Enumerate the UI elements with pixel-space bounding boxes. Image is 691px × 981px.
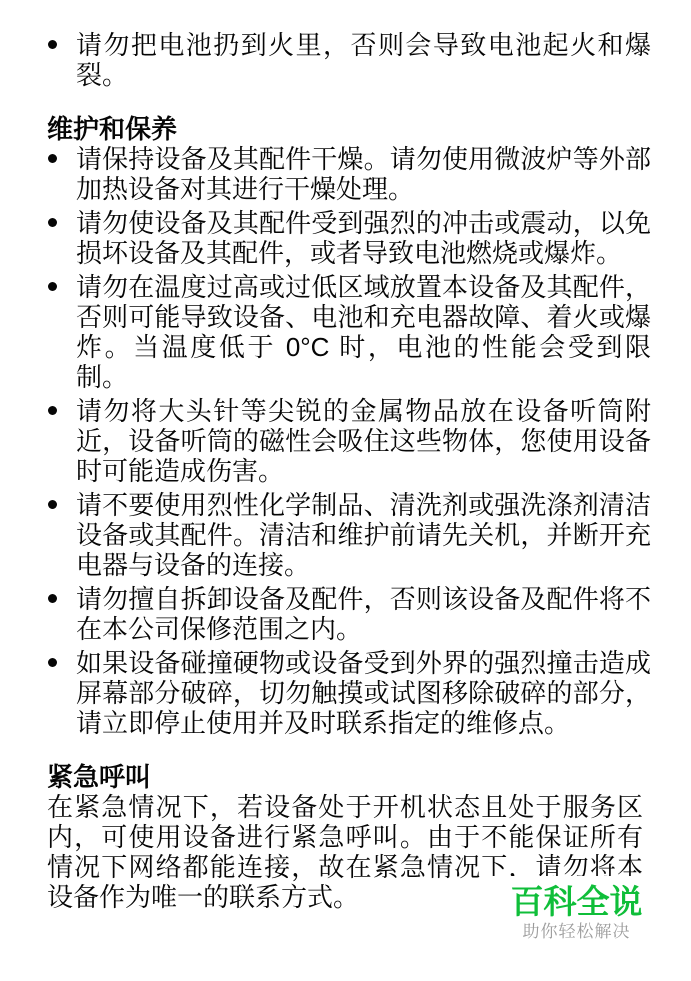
watermark-logo-text: 百科全说 bbox=[486, 884, 667, 920]
bullet-item: 请勿把电池扔到火里，否则会导致电池起火和爆裂。 bbox=[76, 30, 651, 90]
intro-list: 请勿把电池扔到火里，否则会导致电池起火和爆裂。 bbox=[47, 30, 651, 90]
watermark-tagline: 助你轻松解决 bbox=[486, 922, 667, 942]
bullet-item: 请不要使用烈性化学制品、清洗剂或强洗涤剂清洁设备或其配件。清洁和维护前请先关机，… bbox=[76, 490, 651, 580]
bullet-item: 请勿将大头针等尖锐的金属物品放在设备听筒附近，设备听筒的磁性会吸住这些物体，您使… bbox=[76, 396, 651, 486]
bullet-item: 请勿擅自拆卸设备及配件，否则该设备及配件将不在本公司保修范围之内。 bbox=[76, 584, 651, 644]
maintenance-list: 请保持设备及其配件干燥。请勿使用微波炉等外部加热设备对其进行干燥处理。 请勿使设… bbox=[47, 144, 651, 738]
bullet-item: 请保持设备及其配件干燥。请勿使用微波炉等外部加热设备对其进行干燥处理。 bbox=[76, 144, 651, 204]
bullet-item: 请勿使设备及其配件受到强烈的冲击或震动，以免损坏设备及其配件，或者导致电池燃烧或… bbox=[76, 208, 651, 268]
section-heading-maintenance: 维护和保养 bbox=[47, 114, 651, 144]
manual-page: 请勿把电池扔到火里，否则会导致电池起火和爆裂。 维护和保养 请保持设备及其配件干… bbox=[0, 0, 691, 981]
watermark: 百科全说 助你轻松解决 bbox=[486, 876, 691, 966]
section-heading-emergency: 紧急呼叫 bbox=[47, 762, 651, 792]
bullet-item: 请勿在温度过高或过低区域放置本设备及其配件，否则可能导致设备、电池和充电器故障、… bbox=[76, 272, 651, 392]
bullet-item: 如果设备碰撞硬物或设备受到外界的强烈撞击造成屏幕部分破碎，切勿触摸或试图移除破碎… bbox=[76, 648, 651, 738]
